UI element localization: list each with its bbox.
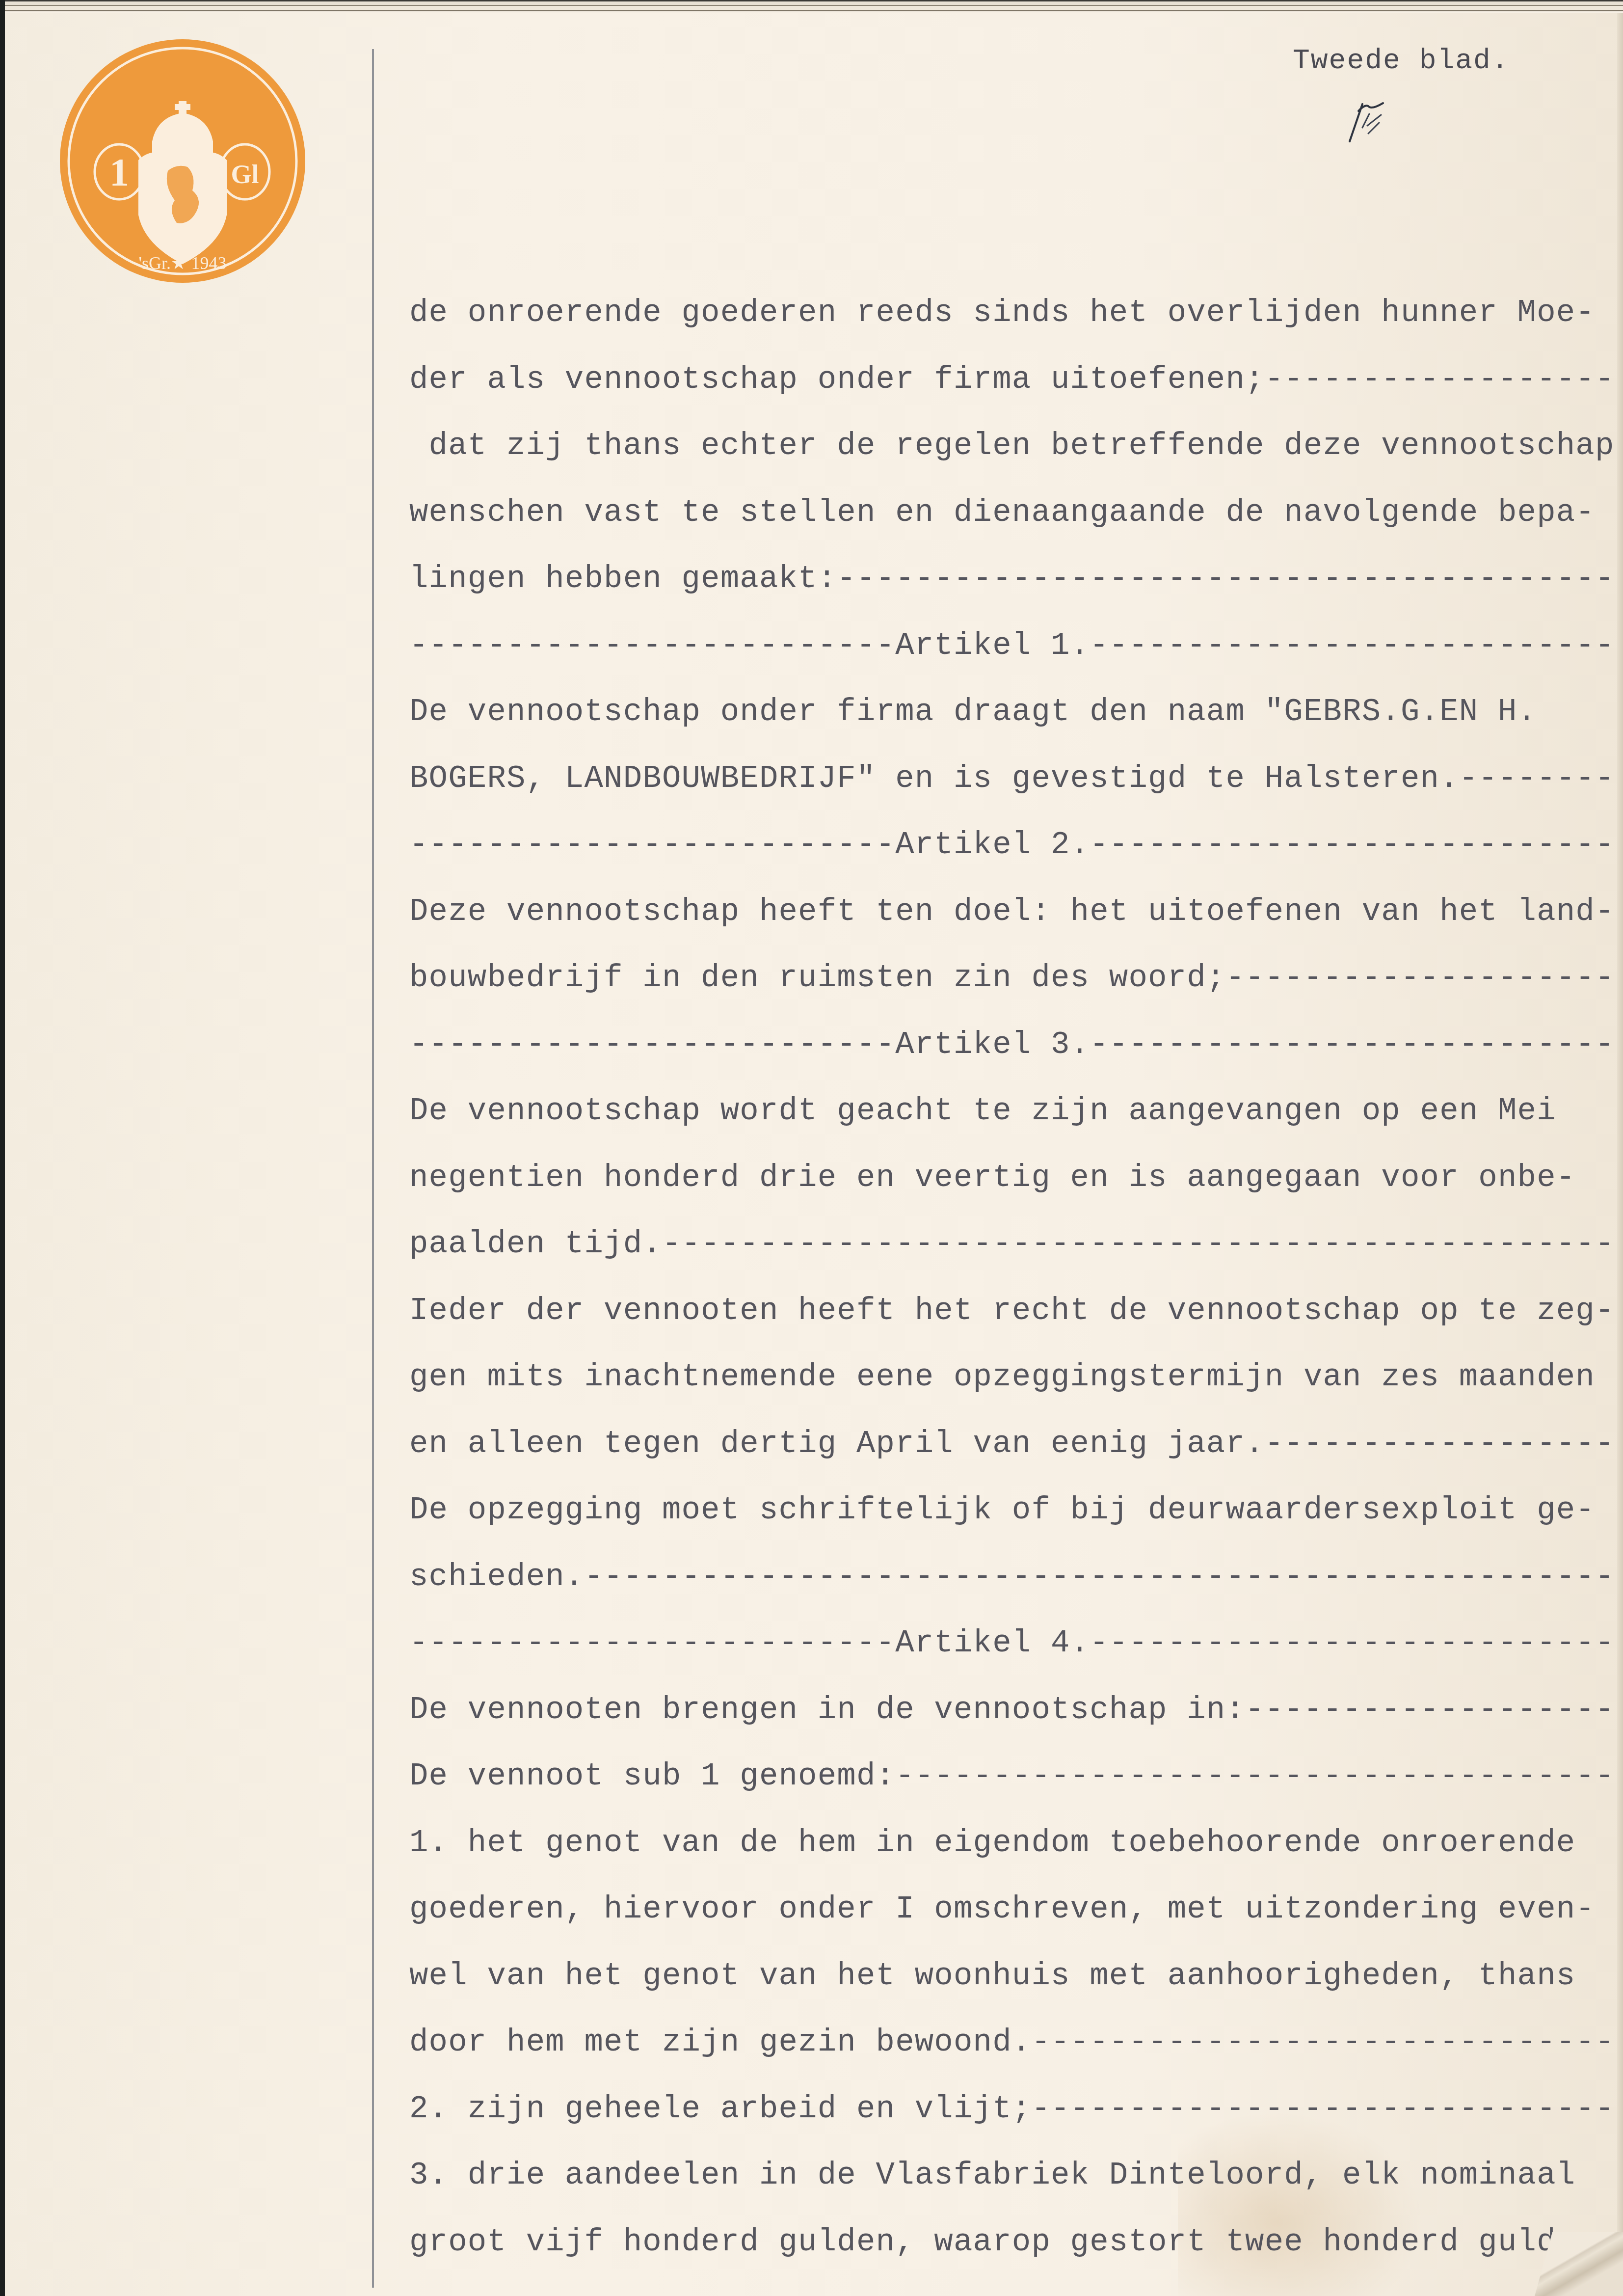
text-line: bouwbedrijf in den ruimsten zin des woor…	[409, 955, 1622, 1022]
article-heading-2: -------------------------Artikel 2.-----…	[409, 822, 1622, 889]
text-line: gen mits inachtnemende eene opzeggingste…	[409, 1354, 1622, 1421]
text-line: De vennoot sub 1 genoemd:---------------…	[409, 1753, 1622, 1820]
text-line: 2. zijn geheele arbeid en vlijt;--------…	[409, 2086, 1622, 2153]
text-line: De vennootschap onder firma draagt den n…	[409, 689, 1622, 756]
revenue-stamp-icon: 1 Gl 'sGr.★ 1943	[59, 38, 306, 284]
svg-text:Gl: Gl	[231, 160, 259, 189]
article-heading-1: -------------------------Artikel 1.-----…	[409, 622, 1622, 689]
text-line: Deze vennootschap heeft ten doel: het ui…	[409, 889, 1622, 955]
text-line: wel van het genot van het woonhuis met a…	[409, 1953, 1622, 2020]
text-line: lingen hebben gemaakt:------------------…	[409, 556, 1622, 622]
svg-text:1: 1	[109, 151, 129, 194]
text-line: wenschen vast te stellen en dienaangaand…	[409, 489, 1622, 556]
svg-text:'sGr.★ 1943: 'sGr.★ 1943	[139, 253, 227, 273]
text-line: goederen, hiervoor onder I omschreven, m…	[409, 1886, 1622, 1953]
sheet-label: Tweede blad.	[1293, 45, 1510, 77]
text-line: De vennooten brengen in de vennootschap …	[409, 1687, 1622, 1754]
stacked-sheet-edges	[5, 0, 1623, 13]
text-line: Ieder der vennooten heeft het recht de v…	[409, 1288, 1622, 1354]
text-line: 3. drie aandeelen in de Vlasfabriek Dint…	[409, 2152, 1622, 2219]
text-line: paalden tijd.---------------------------…	[409, 1221, 1622, 1288]
paraph-initials-icon	[1339, 98, 1388, 142]
text-line: 1. het genot van de hem in eigendom toeb…	[409, 1820, 1622, 1887]
text-line: De vennootschap wordt geacht te zijn aan…	[409, 1088, 1622, 1155]
text-line: der als vennootschap onder firma uitoefe…	[409, 356, 1622, 423]
text-line: groot vijf honderd gulden, waarop gestor…	[409, 2219, 1622, 2286]
text-line: schieden.-------------------------------…	[409, 1554, 1622, 1621]
deed-body: de onroerende goederen reeds sinds het o…	[409, 290, 1622, 2285]
page-binding-edge	[0, 0, 5, 2296]
text-line: negentien honderd drie en veertig en is …	[409, 1155, 1622, 1221]
text-line: en alleen tegen dertig April van eenig j…	[409, 1421, 1622, 1487]
article-heading-3: -------------------------Artikel 3.-----…	[409, 1022, 1622, 1088]
text-line: BOGERS, LANDBOUWBEDRIJF" en is gevestigd…	[409, 756, 1622, 822]
text-line: door hem met zijn gezin bewoond.--------…	[409, 2019, 1622, 2086]
text-line: De opzegging moet schriftelijk of bij de…	[409, 1487, 1622, 1554]
margin-rule	[372, 49, 374, 2288]
text-line: dat zij thans echter de regelen betreffe…	[409, 423, 1622, 489]
article-heading-4: -------------------------Artikel 4.-----…	[409, 1620, 1622, 1687]
text-line: de onroerende goederen reeds sinds het o…	[409, 290, 1622, 356]
